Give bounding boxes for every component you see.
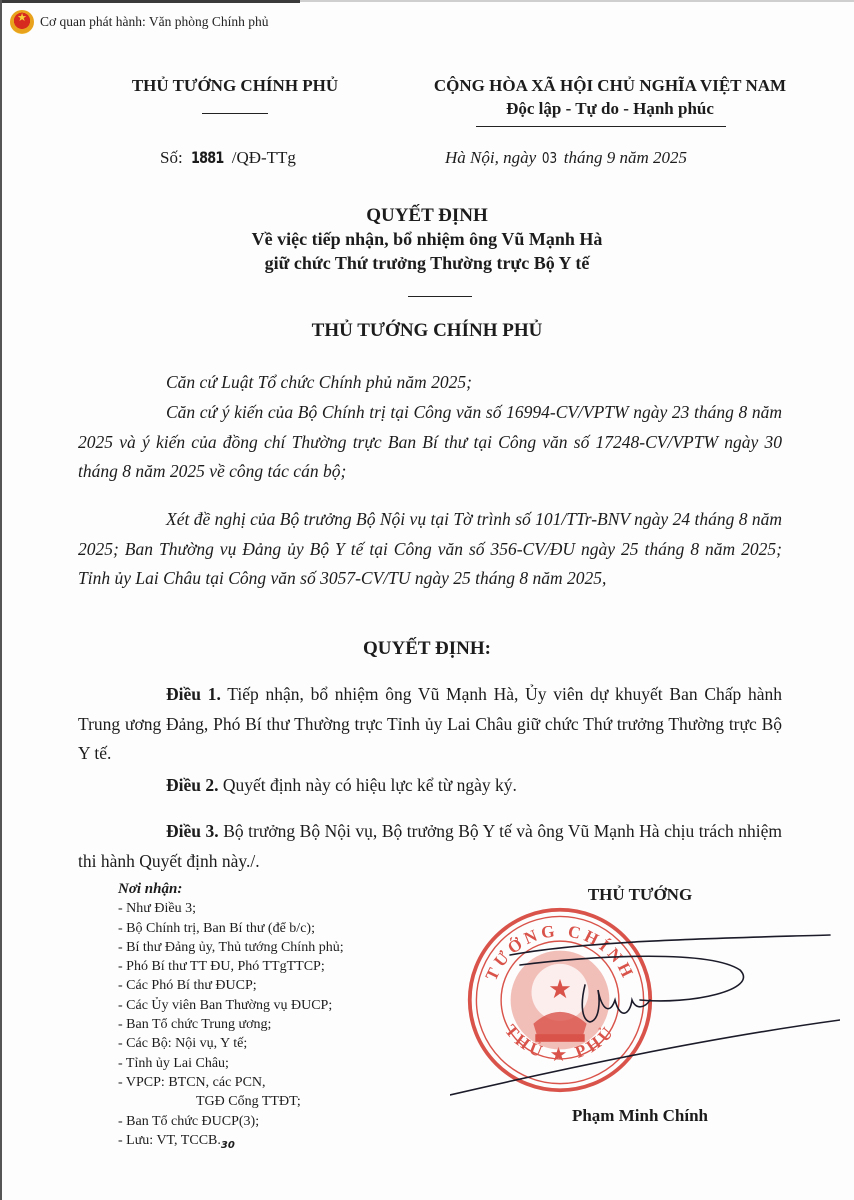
authority-heading: THỦ TƯỚNG CHÍNH PHỦ <box>0 320 854 342</box>
recipient-item: - Bí thư Đảng ủy, Thủ tướng Chính phủ; <box>118 938 344 957</box>
motto-underline <box>476 126 726 127</box>
article-3: Điều 3. Bộ trưởng Bộ Nội vụ, Bộ trưởng B… <box>78 817 782 876</box>
recipient-item-archive: - Lưu: VT, TCCB.30 <box>118 1131 344 1155</box>
handwritten-signature <box>450 930 840 1100</box>
recipient-item: - Tỉnh ủy Lai Châu; <box>118 1054 344 1073</box>
window-left-border <box>0 0 2 1200</box>
article-2: Điều 2. Quyết định này có hiệu lực kể từ… <box>78 771 782 801</box>
window-top-border-light <box>300 0 854 2</box>
subject-line-1: Về việc tiếp nhận, bổ nhiệm ông Vũ Mạnh … <box>0 229 854 250</box>
preamble-2: Căn cứ ý kiến của Bộ Chính trị tại Công … <box>78 398 782 487</box>
document-date: Hà Nội, ngày 03 tháng 9 năm 2025 <box>445 148 687 168</box>
recipient-item: - Các Ủy viên Ban Thường vụ ĐUCP; <box>118 996 344 1015</box>
national-title: CỘNG HÒA XÃ HỘI CHỦ NGHĨA VIỆT NAM <box>400 76 820 96</box>
signatory-title: THỦ TƯỚNG <box>540 885 740 905</box>
recipient-item: - Phó Bí thư TT ĐU, Phó TTgTTCP; <box>118 957 344 976</box>
preamble-1: Căn cứ Luật Tổ chức Chính phủ năm 2025; <box>78 368 782 398</box>
title-divider <box>408 296 472 297</box>
recipient-item: - Các Phó Bí thư ĐUCP; <box>118 976 344 995</box>
agency-underline <box>202 113 268 114</box>
window-top-border <box>0 0 300 3</box>
subject-line-2: giữ chức Thứ trưởng Thường trực Bộ Y tế <box>0 253 854 274</box>
signatory-name: Phạm Minh Chính <box>520 1106 760 1126</box>
decision-heading: QUYẾT ĐỊNH: <box>0 638 854 660</box>
date-day-value: 03 <box>542 149 557 167</box>
issuing-agency: THỦ TƯỚNG CHÍNH PHỦ <box>100 76 370 96</box>
recipient-item: - Bộ Chính trị, Ban Bí thư (để b/c); <box>118 919 344 938</box>
issuer-bar: Cơ quan phát hành: Văn phòng Chính phủ <box>10 11 269 33</box>
recipient-item: - Các Bộ: Nội vụ, Y tế; <box>118 1034 344 1053</box>
recipients-title: Nơi nhận: <box>118 880 344 899</box>
recipient-item: - Ban Tổ chức ĐUCP(3); <box>118 1112 344 1131</box>
recipient-item: - VPCP: BTCN, các PCN, <box>118 1073 344 1092</box>
recipients-list: Nơi nhận: - Như Điều 3; - Bộ Chính trị, … <box>118 880 344 1155</box>
issuer-label: Cơ quan phát hành: Văn phòng Chính phủ <box>40 14 269 30</box>
copy-count-mark: 30 <box>221 1140 235 1151</box>
document-number: Số: 1881 /QĐ-TTg <box>160 148 296 168</box>
recipient-item: - Như Điều 3; <box>118 899 344 918</box>
doc-type-heading: QUYẾT ĐỊNH <box>0 205 854 227</box>
national-motto: Độc lập - Tự do - Hạnh phúc <box>400 99 820 119</box>
recipient-item-continuation: TGĐ Cổng TTĐT; <box>118 1092 344 1111</box>
recipient-item: - Ban Tổ chức Trung ương; <box>118 1015 344 1034</box>
article-1: Điều 1. Tiếp nhận, bổ nhiệm ông Vũ Mạnh … <box>78 680 782 769</box>
preamble-3: Xét đề nghị của Bộ trưởng Bộ Nội vụ tại … <box>78 505 782 594</box>
state-emblem-icon <box>10 10 34 34</box>
document-number-value: 1881 <box>191 148 223 167</box>
